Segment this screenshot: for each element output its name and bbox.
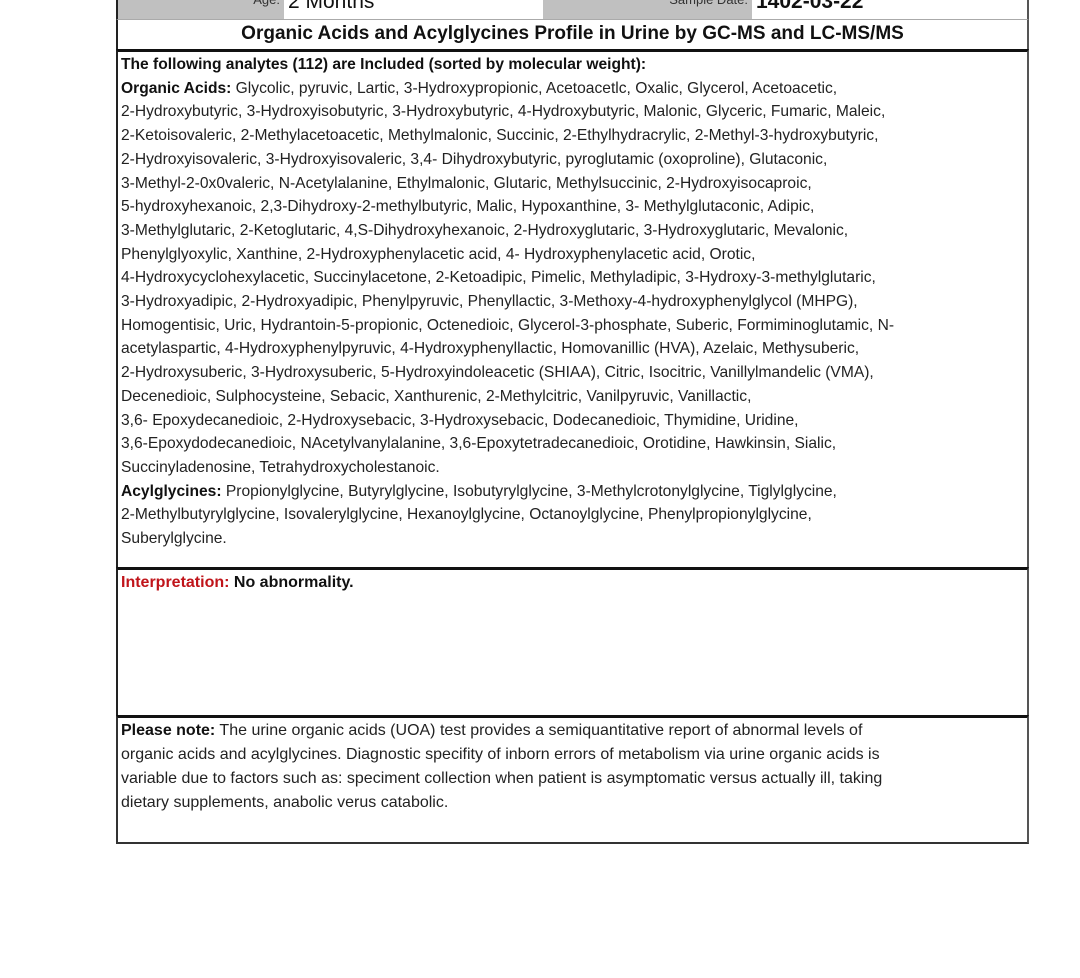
age-label: Age: xyxy=(118,0,284,19)
organic-acids-line: 2-Hydroxysuberic, 3-Hydroxysuberic, 5-Hy… xyxy=(121,361,1021,385)
organic-acids-line: 3-Methylglutaric, 2-Ketoglutaric, 4,S-Di… xyxy=(121,219,1021,243)
note-line: Please note: The urine organic acids (UO… xyxy=(121,719,1024,743)
organic-acids-line: Succinyladenosine, Tetrahydroxycholestan… xyxy=(121,456,1021,480)
organic-acids-line: Phenylglyoxylic, Xanthine, 2-Hydroxyphen… xyxy=(121,243,1021,267)
note-section: Please note: The urine organic acids (UO… xyxy=(116,715,1029,844)
organic-acids-line: 5-hydroxyhexanoic, 2,3-Dihydroxy-2-methy… xyxy=(121,195,1021,219)
organic-acids-list: Organic Acids: Glycolic, pyruvic, Lartic… xyxy=(121,77,1021,480)
organic-acids-line: 2-Hydroxybutyric, 3-Hydroxyisobutyric, 3… xyxy=(121,100,1021,124)
age-value: 2 Months xyxy=(284,0,543,19)
acylglycines-line: 2-Methylbutyrylglycine, Isovalerylglycin… xyxy=(121,503,1021,527)
acylglycines-label: Acylglycines: xyxy=(121,483,222,500)
sample-date-label: Sample Date: xyxy=(543,0,752,19)
organic-acids-line: 3,6-Epoxydodecanedioic, NAcetylvanylalan… xyxy=(121,432,1021,456)
organic-acids-line: 4-Hydroxycyclohexylacetic, Succinylaceto… xyxy=(121,266,1021,290)
organic-acids-line: acetylaspartic, 4-Hydroxyphenylpyruvic, … xyxy=(121,337,1021,361)
interpretation-value: No abnormality. xyxy=(234,574,354,591)
interpretation-label: Interpretation: xyxy=(121,574,229,591)
organic-acids-line: 3-Hydroxyadipic, 2-Hydroxyadipic, Phenyl… xyxy=(121,290,1021,314)
acylglycines-line: Acylglycines: Propionylglycine, Butyrylg… xyxy=(121,480,1021,504)
organic-acids-line: 3-Methyl-2-0x0valeric, N-Acetylalanine, … xyxy=(121,172,1021,196)
interpretation-section: Interpretation: No abnormality. xyxy=(116,567,1029,717)
patient-info-row: Age: 2 Months Sample Date: 1402-03-22 xyxy=(116,0,1029,20)
organic-acids-label: Organic Acids: xyxy=(121,80,231,97)
acylglycines-list: Acylglycines: Propionylglycine, Butyrylg… xyxy=(121,480,1021,551)
acylglycines-line: Suberylglycine. xyxy=(121,527,1021,551)
organic-acids-line: 2-Hydroxyisovaleric, 3-Hydroxyisovaleric… xyxy=(121,148,1021,172)
note-line: organic acids and acylglycines. Diagnost… xyxy=(121,743,1024,767)
note-text: Please note: The urine organic acids (UO… xyxy=(121,719,1024,815)
organic-acids-line: 3,6- Epoxydecanedioic, 2-Hydroxysebacic,… xyxy=(121,409,1021,433)
organic-acids-line: 2-Ketoisovaleric, 2-Methylacetoacetic, M… xyxy=(121,124,1021,148)
note-line: dietary supplements, anabolic verus cata… xyxy=(121,791,1024,815)
organic-acids-line: Organic Acids: Glycolic, pyruvic, Lartic… xyxy=(121,77,1021,101)
report-title: Organic Acids and Acylglycines Profile i… xyxy=(116,19,1029,49)
note-line: variable due to factors such as: specime… xyxy=(121,767,1024,791)
sample-date-value: 1402-03-22 xyxy=(752,0,1027,19)
note-label: Please note: xyxy=(121,722,215,739)
organic-acids-line: Decenedioic, Sulphocysteine, Sebacic, Xa… xyxy=(121,385,1021,409)
organic-acids-line: Homogentisic, Uric, Hydrantoin-5-propion… xyxy=(121,314,1021,338)
analytes-section: The following analytes (112) are Include… xyxy=(116,49,1029,569)
analytes-heading: The following analytes (112) are Include… xyxy=(121,56,646,73)
